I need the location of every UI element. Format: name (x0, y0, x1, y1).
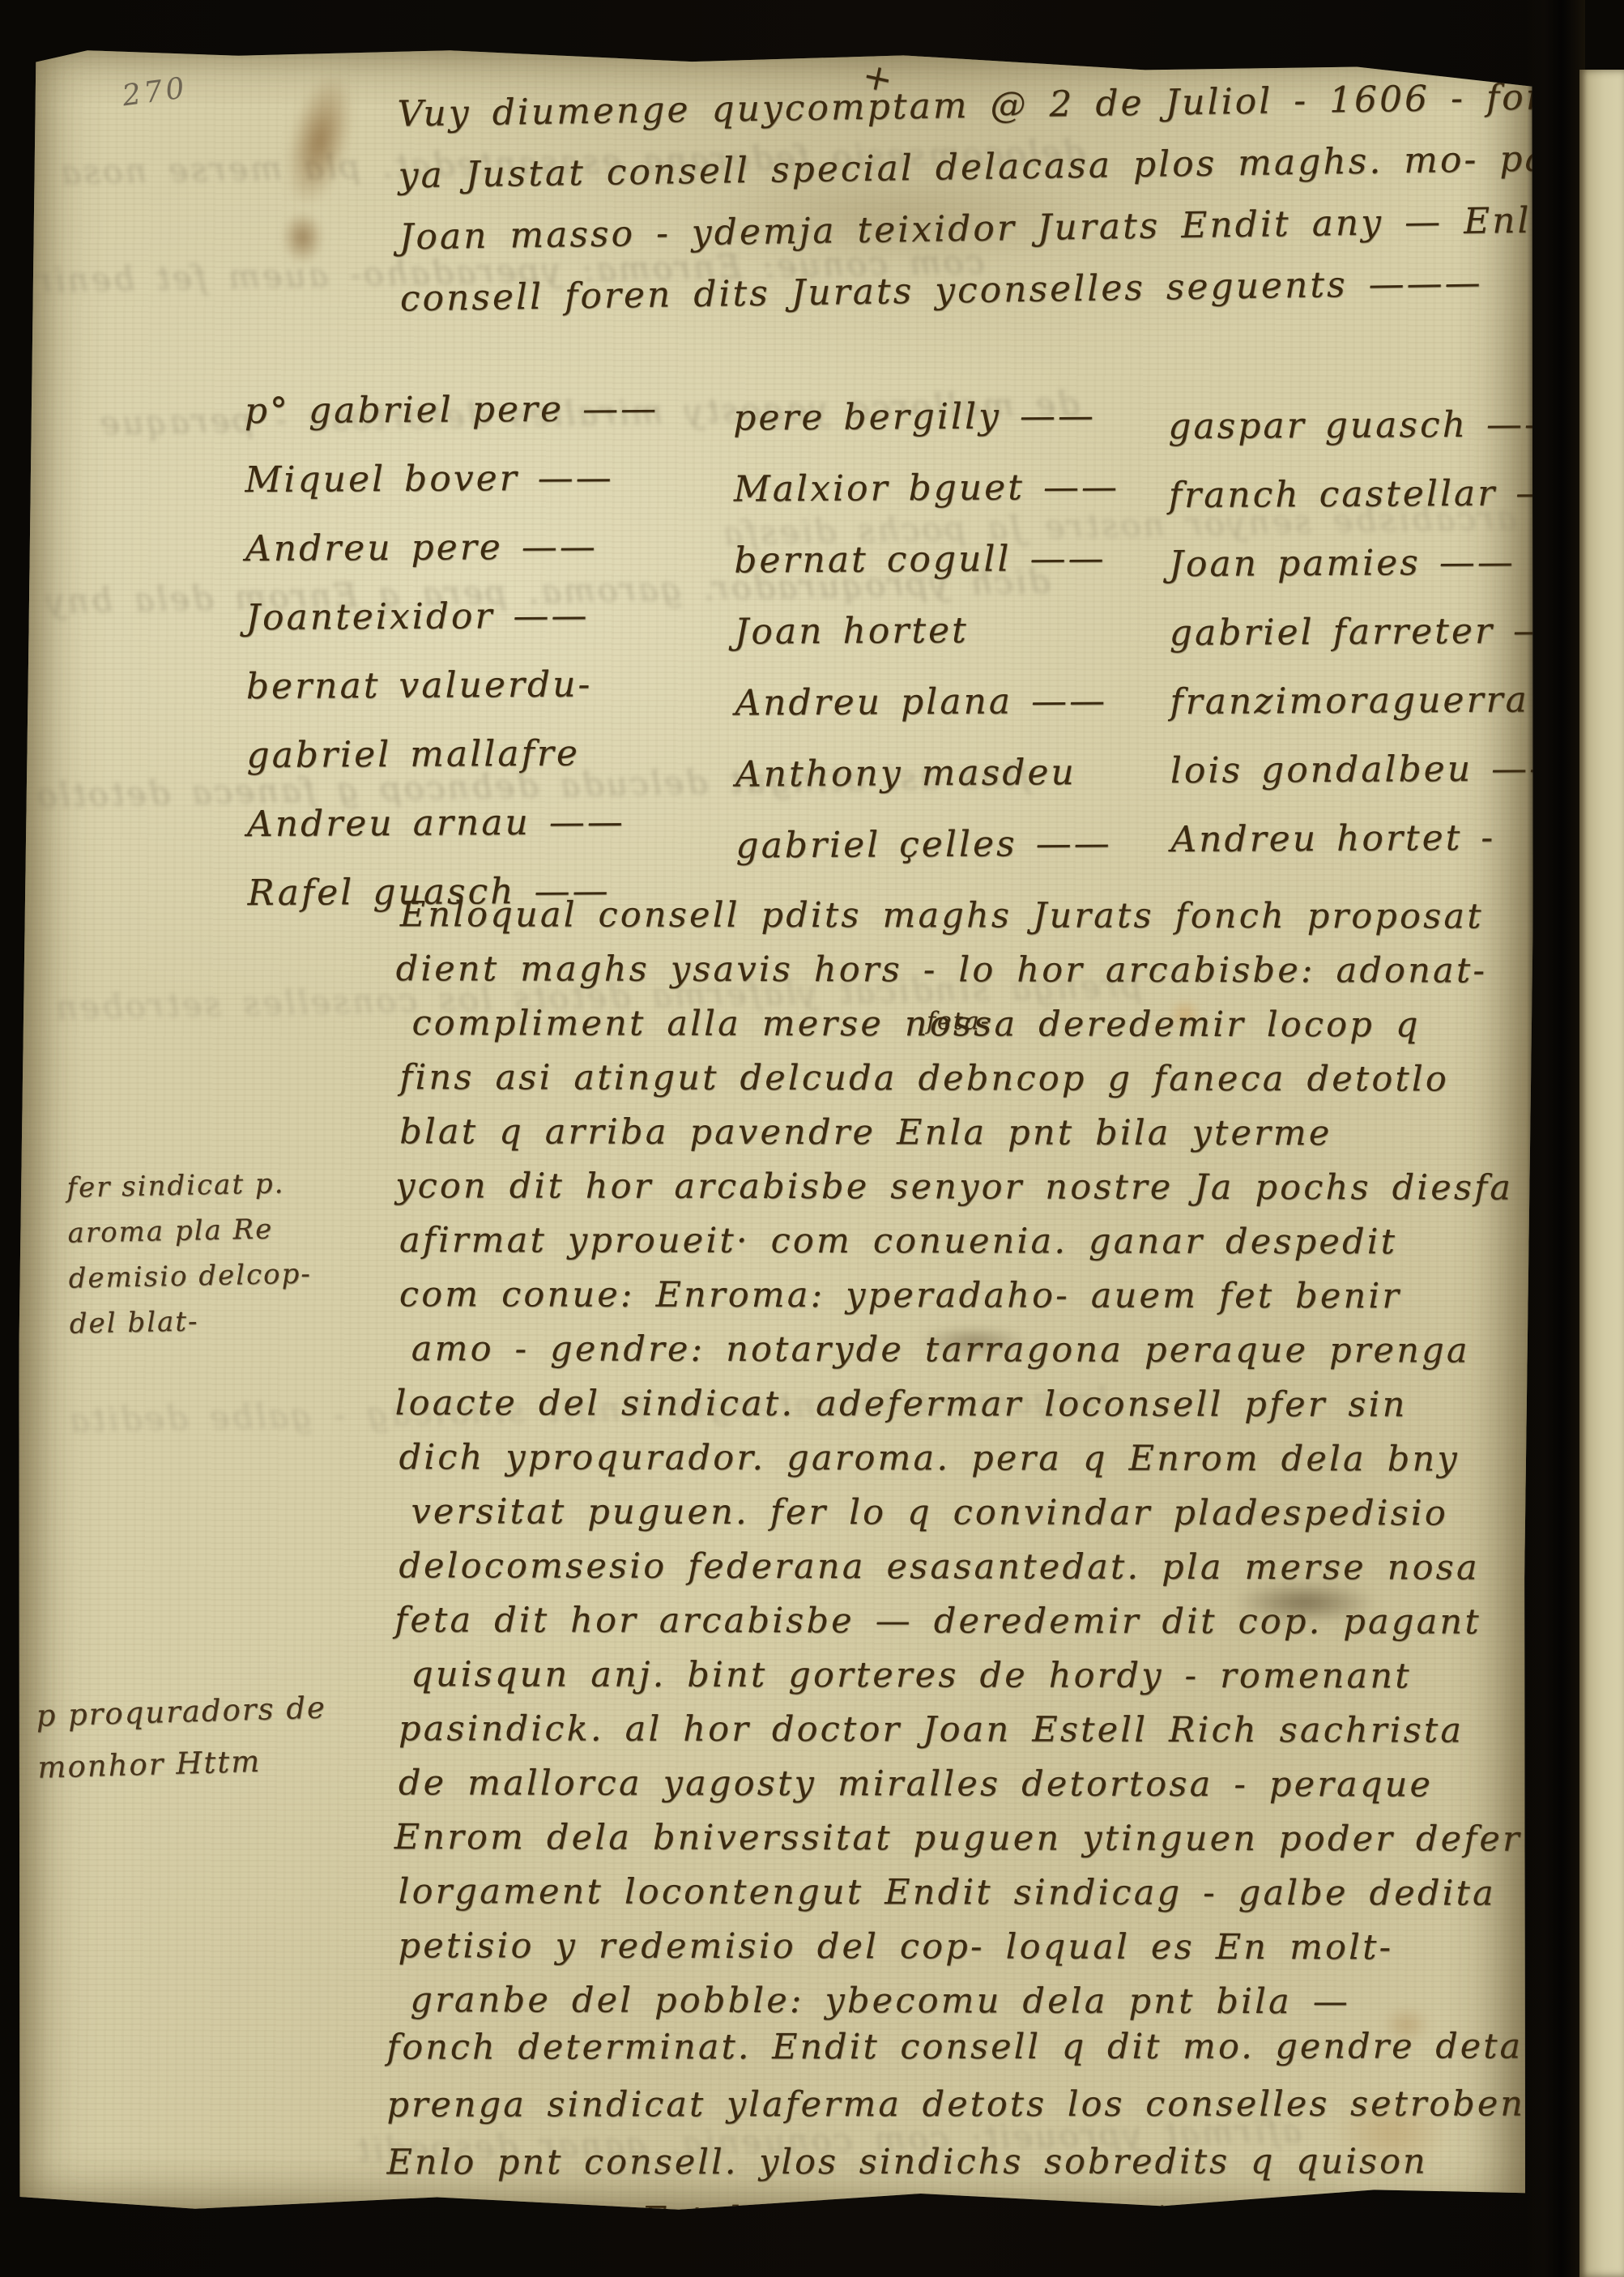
resolution-line: lo hor Joan Estel Rich doctor ysachrista… (387, 2190, 1539, 2232)
attendee-name: bernat cogull —— (734, 523, 1120, 597)
attendee-name: pere bergilly —— (733, 381, 1119, 454)
body-line: quisqun anj. bint gorteres de hordy - ro… (411, 1648, 1522, 1703)
attendee-name: gaspar guasch —— (1168, 390, 1538, 461)
body-line: Enrom dela bniverssitat puguen ytinguen … (394, 1810, 1522, 1866)
attendee-name: gabriel farreter — (1170, 596, 1539, 667)
folio-number: 270 (120, 71, 189, 113)
attendee-name: lois gondalbeu —— (1170, 734, 1539, 805)
body-paragraph: Enloqual consell pdits maghs Jurats fonc… (398, 888, 1523, 2029)
attendee-name: bernat valuerdu- (246, 650, 661, 721)
body-line: Enloqual consell pdits maghs Jurats fonc… (400, 888, 1524, 944)
body-line: dient maghs ysavis hors - lo hor arcabis… (396, 942, 1524, 998)
resolution-line: prenga sindicat ylaferma detots los cons… (386, 2075, 1538, 2134)
margin-note-line: del blat- (69, 1297, 313, 1347)
attendee-name: p° gabriel pere —— (245, 374, 659, 446)
margin-note-line: demisio delcop- (68, 1251, 312, 1302)
adjacent-page-edge (1579, 70, 1624, 2277)
attendee-name: gabriel mallafre (246, 718, 661, 790)
margin-note-line: monhor Httm (37, 1733, 329, 1793)
resolution-line: fonch determinat. Endit consell q dit mo… (386, 2018, 1538, 2076)
margin-note-sindicat: fer sindicat p.aroma pla Redemisio delco… (66, 1161, 313, 1347)
body-line: de mallorca yagosty miralles detortosa -… (399, 1756, 1522, 1812)
attendees-column-2: pere bergilly ——Malxior bguet ——bernat c… (733, 381, 1122, 882)
interlinear-insertion: feta- (927, 1007, 991, 1035)
margin-note-line: p proquradors de (36, 1682, 327, 1742)
margin-note-procuradors: p proquradors demonhor Httm (36, 1682, 329, 1793)
margin-note-line: fer sindicat p. (66, 1161, 310, 1211)
attendee-name: franzimoraguerra (1170, 665, 1538, 736)
stain (275, 66, 365, 215)
body-line: lorgament locontengut Endit sindicag - g… (399, 1865, 1522, 1921)
attendee-name: gabriel çelles —— (735, 808, 1122, 882)
body-line: dich yproqurador. garoma. pera q Enrom d… (399, 1431, 1523, 1486)
resolution-line: Enlo pnt consell. ylos sindichs sobredit… (386, 2133, 1538, 2191)
body-line: petisio y redemisio del cop- loqual es E… (398, 1919, 1521, 1975)
manuscript-photo: delocomsesio federana esasantedat. pla m… (0, 0, 1624, 2277)
body-line: delocomsesio federana esasantedat. pla m… (399, 1539, 1522, 1595)
margin-note-line: aroma pla Re (67, 1206, 311, 1256)
attendee-name: franch castellar —— (1169, 458, 1539, 530)
body-line: loacte del sindicat. adefermar loconsell… (395, 1376, 1523, 1432)
attendee-name: Joan hortet (735, 595, 1121, 668)
attendee-name: Andreu plana —— (735, 666, 1121, 740)
body-line: versitat puguen. fer lo q convindar plad… (411, 1485, 1522, 1541)
attendee-name: Joanteixidor —— (245, 581, 660, 652)
attendee-name: Malxior bguet —— (733, 452, 1119, 526)
attendees-column-3: gaspar guasch ——franch castellar ——Joan … (1168, 390, 1538, 874)
resolution-paragraph: fonch determinat. Endit consell q dit mo… (386, 2018, 1538, 2232)
binding-gutter (1527, 0, 1585, 2277)
attendee-name: Andreu arnau —— (247, 787, 662, 859)
attendees-column-1: p° gabriel pere ——Miquel bover ——Andreu … (245, 374, 662, 927)
attendee-name: Miquel bover —— (245, 443, 659, 514)
body-line: afirmat yproueit· com conuenia. ganar de… (399, 1213, 1523, 1269)
manuscript-page: delocomsesio federana esasantedat. pla m… (14, 42, 1538, 2232)
body-line: blat q arriba pavendre Enla pnt bila yte… (399, 1105, 1523, 1161)
header-paragraph: Vuy diumenge quycomptam @ 2 de Juliol - … (397, 63, 1538, 330)
body-line: fins asi atingut delcuda debncop g fanec… (399, 1051, 1523, 1107)
attendee-name: Andreu hortet - (1170, 803, 1538, 874)
body-line: pasindick. al hor doctor Joan Estell Ric… (399, 1702, 1522, 1758)
body-line: com conue: Enroma: yperadaho- auem fet b… (399, 1268, 1523, 1324)
body-line: amo - gendre: notaryde tarragona peraque… (411, 1322, 1523, 1378)
attendee-name: Joan pamies —— (1169, 527, 1538, 599)
body-line: feta dit hor arcabisbe — deredemir dit c… (394, 1593, 1522, 1649)
body-line: ycon dit hor arcabisbe senyor nostre Ja … (395, 1159, 1523, 1215)
stain (282, 211, 324, 264)
attendee-name: Anthony masdeu (735, 737, 1122, 811)
attendee-name: Andreu pere —— (245, 512, 660, 583)
